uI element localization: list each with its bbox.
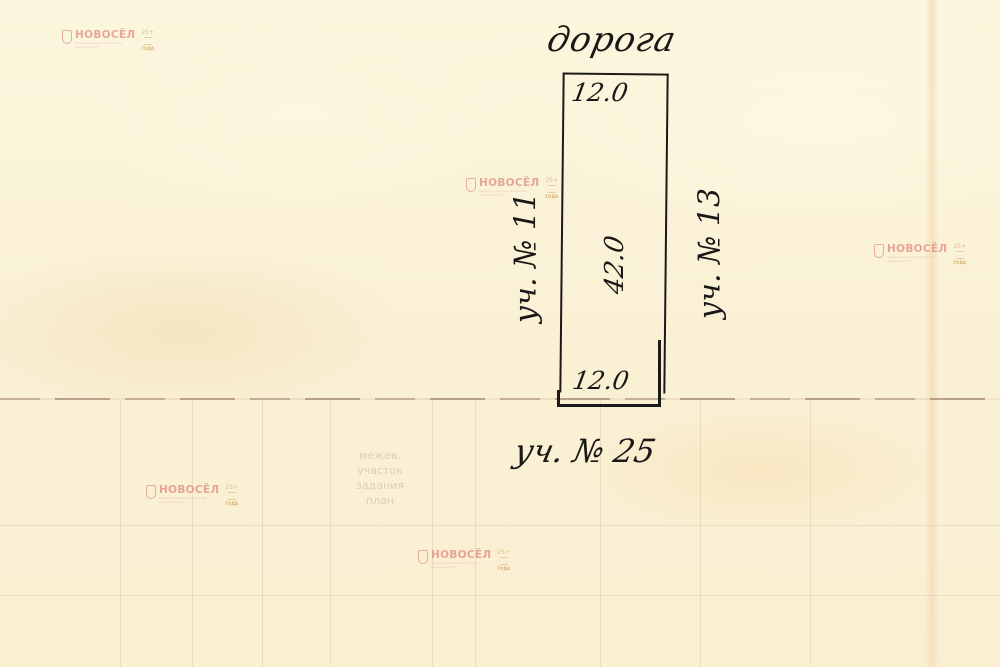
watermark-subtitle: Профессиональное агентство недвижимости <box>479 189 537 197</box>
bottom-dimension: 12.0 <box>570 366 631 395</box>
ghost-col-line <box>330 400 331 667</box>
watermark: НОВОСЁЛ Профессиональное агентство недви… <box>146 484 238 506</box>
watermark: НОВОСЁЛ Профессиональное агентство недви… <box>418 549 510 571</box>
novosel-logo-icon <box>874 244 884 258</box>
badge-year: ГОДА <box>141 46 154 51</box>
watermark: НОВОСЁЛ Профессиональное агентство недви… <box>62 29 154 51</box>
ghost-cell-text: межев. участок задания план <box>340 448 420 508</box>
badge-number: 25+ <box>545 177 558 184</box>
badge-lines-icon <box>500 557 508 565</box>
badge-year: ГОДА <box>497 566 510 571</box>
novosel-logo-icon <box>418 550 428 564</box>
top-dimension: 12.0 <box>569 78 630 107</box>
badge-year: ГОДА <box>545 194 558 199</box>
watermark-subtitle: Профессиональное агентство недвижимости <box>159 496 217 504</box>
ghost-col-line <box>120 400 121 667</box>
ghost-cell-line: задания <box>340 478 420 493</box>
plot-right-border-ext <box>658 340 661 406</box>
watermark-text: НОВОСЁЛ Профессиональное агентство недви… <box>75 29 135 49</box>
watermark-brand: НОВОСЁЛ <box>887 243 947 255</box>
road-label: дорога <box>544 20 680 60</box>
watermark-text: НОВОСЁЛ Профессиональное агентство недви… <box>159 484 219 504</box>
watermark-brand: НОВОСЁЛ <box>159 484 219 496</box>
watermark-text: НОВОСЁЛ Профессиональное агентство недви… <box>431 549 491 569</box>
novosel-logo-icon <box>146 485 156 499</box>
plot-left-border-ext <box>557 390 560 406</box>
badge-number: 25+ <box>141 29 154 36</box>
right-neighbor-label: уч. № 13 <box>693 164 728 344</box>
ghost-col-line <box>432 400 433 667</box>
watermark-badge: 25+ ГОДА <box>497 549 510 571</box>
badge-year: ГОДА <box>225 501 238 506</box>
badge-lines-icon <box>956 251 964 259</box>
watermark: НОВОСЁЛ Профессиональное агентство недви… <box>466 177 558 199</box>
plot-bottom-border <box>557 404 661 407</box>
watermark-brand: НОВОСЁЛ <box>479 177 539 189</box>
ghost-row-line <box>0 525 1000 526</box>
badge-number: 25+ <box>225 484 238 491</box>
bottom-neighbor-label: уч. № 25 <box>511 432 659 470</box>
badge-lines-icon <box>228 492 236 500</box>
ghost-col-line <box>475 400 476 667</box>
ghost-cell-line: участок <box>340 463 420 478</box>
watermark-brand: НОВОСЁЛ <box>75 29 135 41</box>
watermark-text: НОВОСЁЛ Профессиональное агентство недви… <box>887 243 947 263</box>
watermark-subtitle: Профессиональное агентство недвижимости <box>887 255 945 263</box>
badge-number: 25+ <box>953 243 966 250</box>
ghost-col-line <box>262 400 263 667</box>
horizontal-fold-line <box>0 398 1000 400</box>
ghost-cell-line: план <box>340 493 420 508</box>
watermark-badge: 25+ ГОДА <box>225 484 238 506</box>
badge-lines-icon <box>144 37 152 45</box>
watermark-brand: НОВОСЁЛ <box>431 549 491 561</box>
ghost-col-line <box>192 400 193 667</box>
watermark-badge: 25+ ГОДА <box>953 243 966 265</box>
watermark: НОВОСЁЛ Профессиональное агентство недви… <box>874 243 966 265</box>
watermark-subtitle: Профессиональное агентство недвижимости <box>75 41 133 49</box>
ghost-table-reverse-side: межев. участок задания план <box>0 400 1000 667</box>
badge-lines-icon <box>548 185 556 193</box>
side-dimension: 42.0 <box>600 207 630 322</box>
ghost-row-line <box>0 595 1000 596</box>
ghost-col-line <box>700 400 701 667</box>
ghost-col-line <box>810 400 811 667</box>
watermark-badge: 25+ ГОДА <box>141 29 154 51</box>
watermark-subtitle: Профессиональное агентство недвижимости <box>431 561 489 569</box>
watermark-text: НОВОСЁЛ Профессиональное агентство недви… <box>479 177 539 197</box>
badge-number: 25+ <box>497 549 510 556</box>
badge-year: ГОДА <box>953 260 966 265</box>
novosel-logo-icon <box>466 178 476 192</box>
watermark-badge: 25+ ГОДА <box>545 177 558 199</box>
ghost-cell-line: межев. <box>340 448 420 463</box>
novosel-logo-icon <box>62 30 72 44</box>
